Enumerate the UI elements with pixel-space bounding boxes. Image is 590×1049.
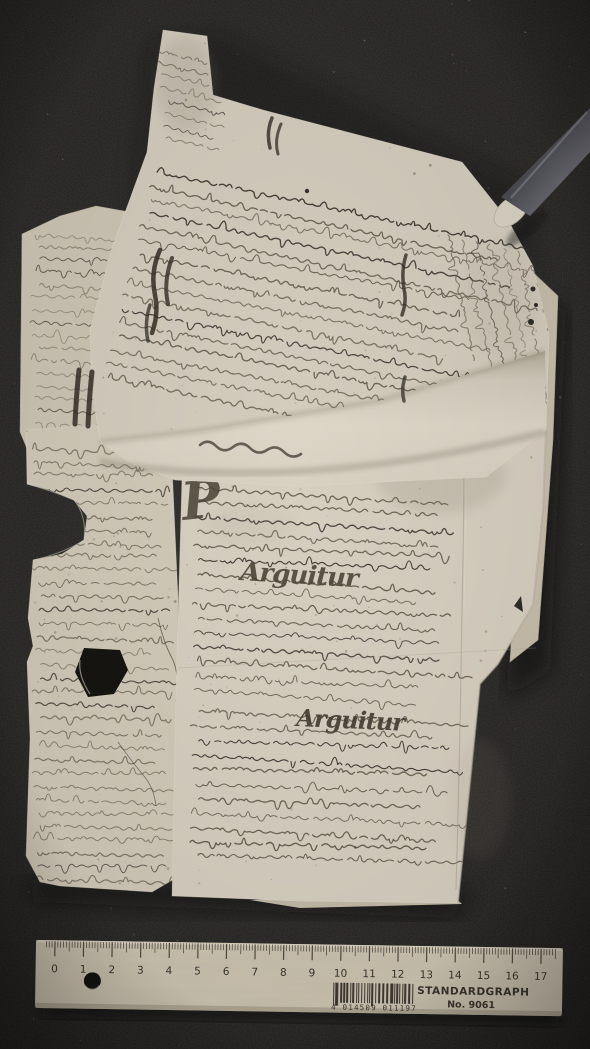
- manuscript-photo: P Arguitur Arguitur: [0, 0, 590, 1049]
- vignette: [0, 0, 590, 1049]
- scene-svg: P Arguitur Arguitur: [0, 0, 590, 1049]
